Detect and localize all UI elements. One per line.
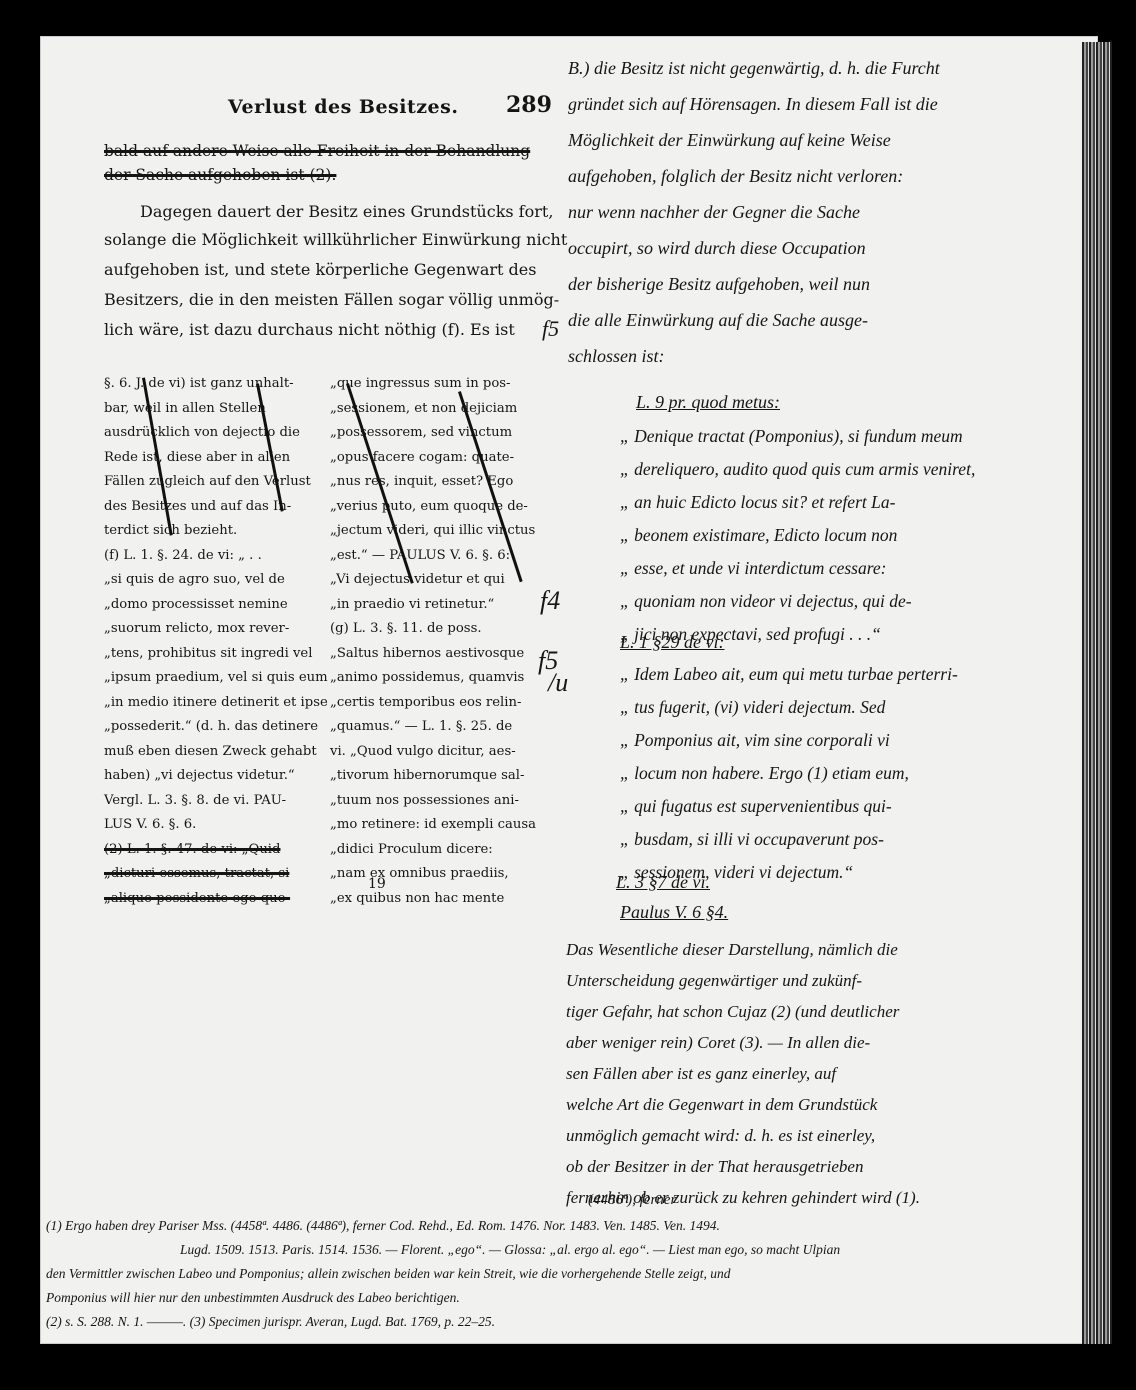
handwritten-line: occupirt, so wird durch diese Occupation [568,238,866,259]
citation: L. 1 §29 de vi: [620,632,724,653]
footnote-line: „certis temporibus eos relin- [330,691,536,716]
footnote-line: „nus res, inquit, esset? Ego [330,470,536,495]
footnote-line: LUS V. 6. §. 6. [104,813,328,838]
handwritten-line: aufgehoben, folglich der Besitz nicht ve… [568,166,903,187]
handwritten-line: sen Fällen aber ist es ganz einerley, au… [566,1064,836,1084]
footnote-line: „suorum relicto, mox rever- [104,617,328,642]
footnote-line: §. 6. J. de vi) ist ganz unhalt- [104,372,328,397]
handwritten-line: ob der Besitzer in der That herausgetrie… [566,1157,863,1177]
handwritten-line: Möglichkeit der Einwürkung auf keine Wei… [568,130,891,151]
footnote-line: terdict sich bezieht. [104,519,328,544]
quoted-line: „ quoniam non videor vi dejectus, qui de… [620,591,912,612]
quoted-line: „ an huic Edicto locus sit? et refert La… [620,492,895,513]
quoted-line: „ beonem existimare, Edicto locum non [620,525,897,546]
footnote-line: haben) „vi dejectus videtur.“ [104,764,328,789]
citation: L. 9 pr. quod metus: [636,392,780,413]
handwritten-line: gründet sich auf Hörensagen. In diesem F… [568,94,938,115]
footnote-line: „didici Proculum dicere: [330,838,536,863]
citation: Paulus V. 6 §4. [620,902,728,923]
footnote-line: „Vi dejectus videtur et qui [330,568,536,593]
paragraph-line: lich wäre, ist dazu durchaus nicht nöthi… [104,320,515,339]
quoted-line: „ tus fugerit, (vi) videri dejectum. Sed [620,697,885,718]
footnote-line: „quamus.“ — L. 1. §. 25. de [330,715,536,740]
footnote-column-left: §. 6. J. de vi) ist ganz unhalt-bar, wei… [104,372,328,911]
handwritten-line: Das Wesentliche dieser Darstellung, näml… [566,940,898,960]
handwritten-footnote: (1) Ergo haben drey Pariser Mss. (4458ª.… [46,1218,720,1234]
footnote-line: (g) L. 3. §. 11. de poss. [330,617,536,642]
footnote-line: „Saltus hibernos aestivosque [330,642,536,667]
citation: L. 3 §7 de vi. [616,872,710,893]
running-header: Verlust des Besitzes. [228,96,458,118]
footnote-line: „sessionem, et non dejiciam [330,397,536,422]
footnote-line: Fällen zugleich auf den Verlust [104,470,328,495]
quoted-line: „ Idem Labeo ait, eum qui metu turbae pe… [620,664,958,685]
footnote-line: „in praedio vi retinetur.“ [330,593,536,618]
footnote-column-right: „que ingressus sum in pos-„sessionem, et… [330,372,536,911]
footnote-line: „in medio itinere detinerit et ipse [104,691,328,716]
footnote-line: „si quis de agro suo, vel de [104,568,328,593]
footnote-line: „ex quibus non hac mente [330,887,536,912]
quoted-line: „ dereliquero, audito quod quis cum armi… [620,459,975,480]
handwritten-line: Unterscheidung gegenwärtiger und zukünf- [566,971,862,991]
handwritten-footnote: (2) s. S. 288. N. 1. ———. (3) Specimen j… [46,1314,495,1330]
footnote-line: „opus facere cogam: quate- [330,446,536,471]
struck-footnote-line: „aliquo possidente ego quo- [104,887,328,912]
handwritten-line: der bisherige Besitz aufgehoben, weil nu… [568,274,870,295]
footnote-line: „animo possidemus, quamvis [330,666,536,691]
footnote-line: ausdrücklich von dejectio die [104,421,328,446]
margin-mark: /u [548,668,568,698]
footnote-line: „domo processisset nemine [104,593,328,618]
handwritten-line: tiger Gefahr, hat schon Cujaz (2) (und d… [566,1002,899,1022]
paragraph-line: Besitzers, die in den meisten Fällen sog… [104,290,559,309]
struck-footnote-line: „dicturi essemus, tractat, si [104,862,328,887]
footnote-line: bar, weil in allen Stellen [104,397,328,422]
handwritten-line: B.) die Besitz ist nicht gegenwärtig, d.… [568,58,940,79]
footnote-line: „mo retinere: id exempli causa [330,813,536,838]
handwritten-line: unmöglich gemacht wird: d. h. es ist ein… [566,1126,875,1146]
struck-printed-line: bald auf andere Weise alle Freiheit in d… [104,142,530,160]
margin-mark: f5 [542,316,559,342]
footnote-line: „ipsum praedium, vel si quis eum [104,666,328,691]
quoted-line: „ esse, et unde vi interdictum cessare: [620,558,886,579]
handwritten-line: nur wenn nachher der Gegner die Sache [568,202,860,223]
struck-footnote-line: (2) L. 1. §. 47. de vi: „Quid [104,838,328,863]
quoted-line: „ Denique tractat (Pomponius), si fundum… [620,426,963,447]
sheet-signature: 19 [368,876,386,892]
paragraph-line: solange die Möglichkeit willkührlicher E… [104,230,567,249]
inserted-note: (4486ª), ferner [588,1192,676,1209]
quoted-line: „ busdam, si illi vi occupaverunt pos- [620,829,884,850]
footnote-line: vi. „Quod vulgo dicitur, aes- [330,740,536,765]
footnote-line: „est.“ — PAULUS V. 6. §. 6: [330,544,536,569]
footnote-line: „tuum nos possessiones ani- [330,789,536,814]
handwritten-line: schlossen ist: [568,346,665,367]
handwritten-footnote: den Vermittler zwischen Labeo und Pompon… [46,1266,731,1282]
handwritten-line: welche Art die Gegenwart in dem Grundstü… [566,1095,877,1115]
paragraph-line: aufgehoben ist, und stete körperliche Ge… [104,260,536,279]
handwritten-line: aber weniger rein) Coret (3). — In allen… [566,1033,870,1053]
footnote-line: Vergl. L. 3. §. 8. de vi. PAU- [104,789,328,814]
quoted-line: „ qui fugatus est supervenientibus qui- [620,796,892,817]
struck-printed-line: der Sache aufgehoben ist (2). [104,166,336,184]
margin-mark: f4 [540,586,560,616]
handwritten-footnote: Pomponius will hier nur den unbestimmten… [46,1290,460,1306]
footnote-line: „que ingressus sum in pos- [330,372,536,397]
handwritten-footnote: Lugd. 1509. 1513. Paris. 1514. 1536. — F… [180,1242,840,1258]
footnote-line: (f) L. 1. §. 24. de vi: „ . . [104,544,328,569]
footnote-line: des Besitzes und auf das In- [104,495,328,520]
footnote-line: „tens, prohibitus sit ingredi vel [104,642,328,667]
quoted-line: „ Pomponius ait, vim sine corporali vi [620,730,890,751]
footnote-line: „possederit.“ (d. h. das detinere [104,715,328,740]
paragraph-line: Dagegen dauert der Besitz eines Grundstü… [140,202,553,221]
footnote-line: „verius puto, eum quoque de- [330,495,536,520]
footnote-line: Rede ist, diese aber in allen [104,446,328,471]
footnote-line: muß eben diesen Zweck gehabt [104,740,328,765]
book-page-edges [1082,42,1112,1344]
footnote-line: „nam ex omnibus praediis, [330,862,536,887]
quoted-line: „ locum non habere. Ergo (1) etiam eum, [620,763,909,784]
footnote-line: „tivorum hibernorumque sal- [330,764,536,789]
handwritten-line: die alle Einwürkung auf die Sache ausge- [568,310,868,331]
page-number: 289 [506,92,552,118]
